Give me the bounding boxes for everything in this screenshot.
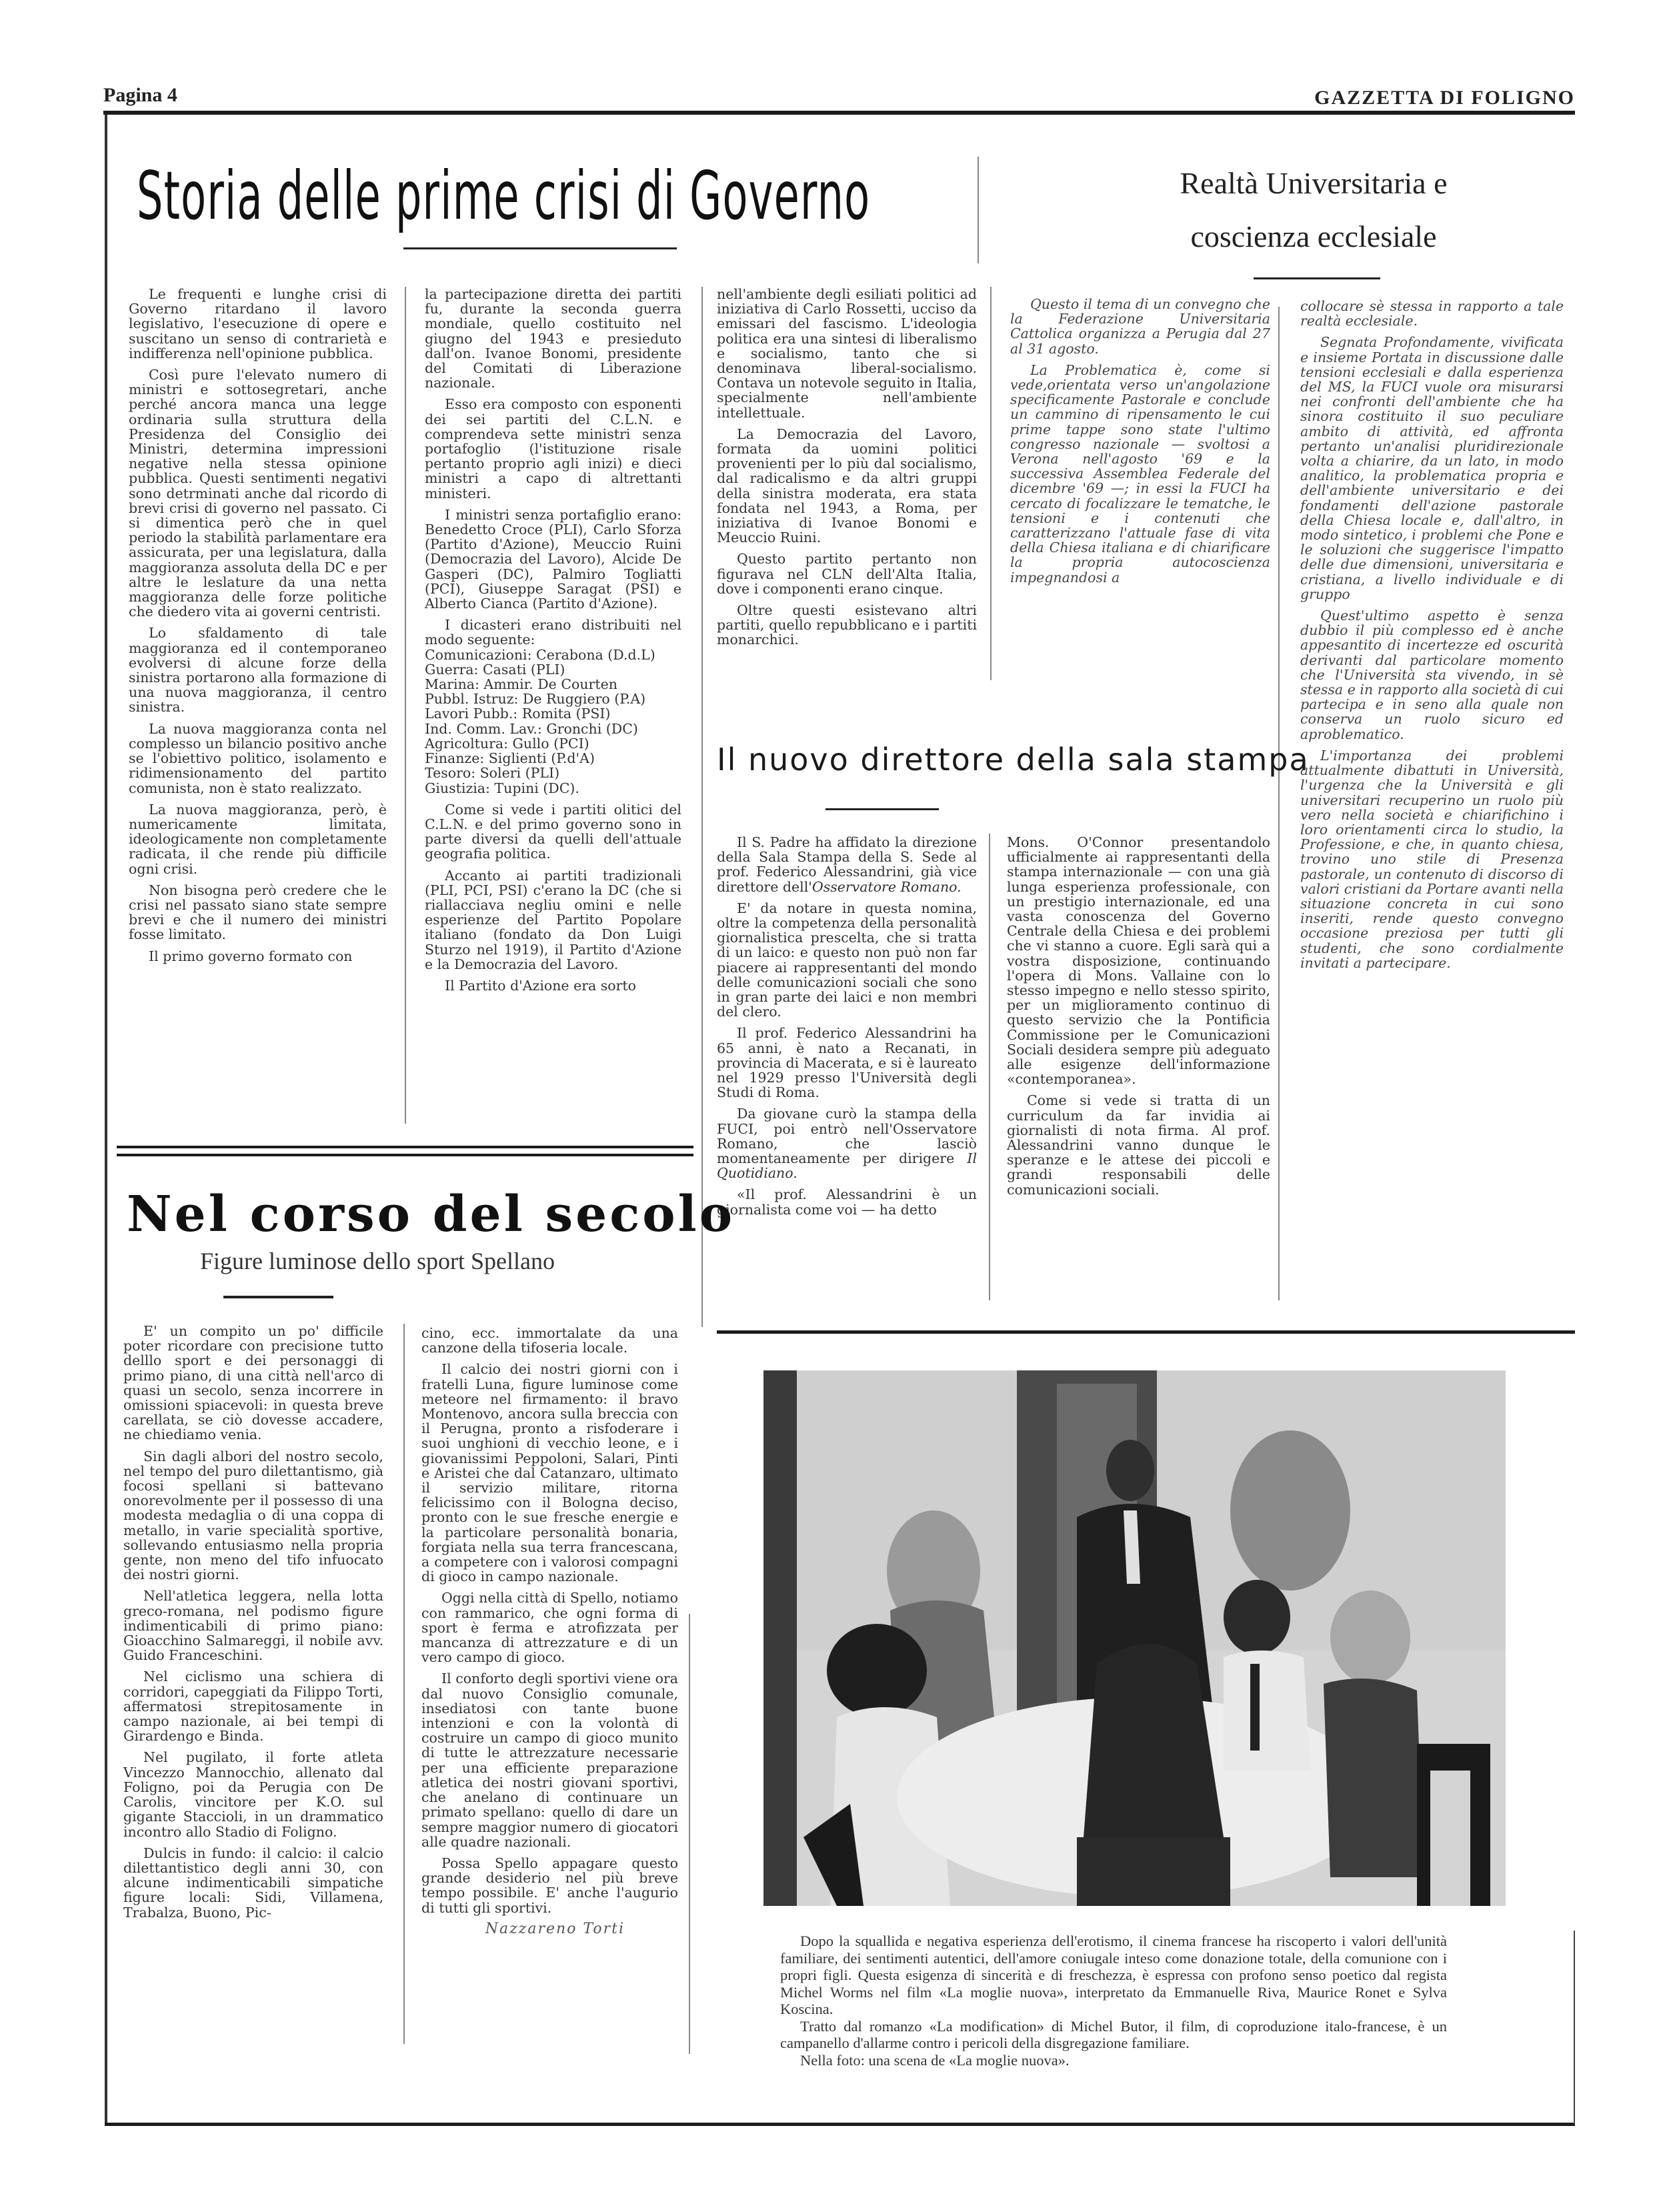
headline-line-2: coscienza ecclesiale [1094,210,1534,263]
ministry-line: Pubbl. Istruz: De Ruggiero (P.A) [425,692,681,706]
column-divider [403,1324,405,2044]
ministry-line: Agricoltura: Gullo (PCI) [425,736,681,751]
paragraph: Il calcio dei nostri giorni con i fratel… [421,1362,678,1584]
column-divider [1278,307,1280,1300]
caption-paragraph: Dopo la squallida e negativa esperienza … [780,1933,1447,2018]
paragraph: nell'ambiente degli esiliati politici ad… [717,287,977,420]
film-still-photo [763,1370,1506,1906]
column-divider [989,834,990,1300]
ministry-line: Finanze: Siglienti (P.d'A) [425,751,681,766]
paragraph: La Democrazia del Lavoro, formata da uom… [717,427,977,545]
paragraph: E' da notare in questa nomina, oltre la … [717,901,977,1020]
paragraph: I dicasteri erano distribuiti nel modo s… [425,618,681,647]
paragraph: Come si vede si tratta di un curriculum … [1007,1093,1270,1196]
paragraph: Nell'atletica leggera, nella lotta greco… [123,1588,383,1663]
left-frame-line [105,115,107,2125]
paragraph: Oggi nella città di Spello, notiamo con … [421,1590,678,1665]
page-number: Pagina 4 [103,84,177,107]
paragraph: cino, ecc. immortalate da una canzone de… [421,1326,678,1355]
right-frame-line [1574,1931,1575,2124]
subheadline-secolo: Figure luminose dello sport Spellano [200,1247,555,1275]
headline-realta: Realtà Universitaria e coscienza ecclesi… [1094,157,1534,263]
paragraph: collocare sè stessa in rapporto a tale r… [1300,299,1564,328]
storia-column-3: nell'ambiente degli esiliati politici ad… [717,287,977,654]
column-divider [701,287,703,1327]
paragraph: Non bisogna però credere che le crisi ne… [129,883,387,942]
paragraph: Nel pugilato, il forte atleta Vincezzo M… [123,1750,383,1839]
headline-underline [403,247,677,249]
paragraph: Oltre questi esistevano altri partiti, q… [717,603,977,648]
newspaper-name: GAZZETTA DI FOLIGNO [1314,87,1575,109]
byline: Nazzareno Torti [421,1922,678,1937]
paragraph: Il prof. Federico Alessandrini ha 65 ann… [717,1026,977,1100]
paragraph: Da giovane curò la stampa della FUCI, po… [717,1106,977,1180]
paragraph: Il S. Padre ha affidato la direzione del… [717,835,977,894]
headline-sala-stampa: Il nuovo direttore della sala stampa [717,742,1310,778]
paragraph: Nel ciclismo una schiera di corridori, c… [123,1669,383,1743]
paragraph: L'importanza dei problemi attualmente di… [1300,748,1564,970]
dinner-scene-image [763,1370,1506,1906]
realta-column-2: collocare sè stessa in rapporto a tale r… [1300,299,1564,977]
column-divider [990,287,992,680]
paragraph: Quest'ultimo aspetto è senza dubbio il p… [1300,608,1564,742]
ministry-line: Giustizia: Tupini (DC). [425,781,681,796]
paragraph: Sin dagli albori del nostro secolo, nel … [123,1449,383,1582]
text-run: Da giovane curò la stampa della FUCI, po… [717,1106,977,1166]
column-divider [689,1614,690,2054]
paragraph: Il Partito d'Azione era sorto [425,978,681,993]
paragraph: La nuova maggioranza, però, è numericame… [129,802,387,876]
paragraph: Questo il tema di un convegno che la Fed… [1010,297,1270,356]
publication-name: Osservatore Romano. [812,879,962,895]
paragraph: Esso era composto con esponenti dei sei … [425,397,681,500]
paragraph: E' un compito un po' difficile poter ric… [123,1324,383,1442]
paragraph: Possa Spello appagare questo grande desi… [421,1856,678,1915]
paragraph: La nuova maggioranza conta nel complesso… [129,722,387,796]
paragraph: Il conforto degli sportivi viene ora dal… [421,1671,678,1849]
headline-storia: Storia delle prime crisi di Governo [137,157,870,235]
section-rule [117,1146,693,1148]
realta-column-1: Questo il tema di un convegno che la Fed… [1010,297,1270,592]
paragraph: Dulcis in fundo: il calcio: il calcio di… [123,1846,383,1920]
ministry-line: Marina: Ammir. De Courten [425,677,681,692]
sala-stampa-column-2: Mons. O'Connor presentandolo ufficialmen… [1007,835,1270,1204]
ministry-line: Comunicazioni: Cerabona (D.d.L) [425,648,681,662]
paragraph: Mons. O'Connor presentandolo ufficialmen… [1007,835,1270,1086]
paragraph: Come si vede i partiti olitici del C.L.N… [425,802,681,862]
photo-caption: Dopo la squallida e negativa esperienza … [780,1933,1447,2069]
secolo-column-1: E' un compito un po' difficile poter ric… [123,1324,383,1927]
headline-line-1: Realtà Universitaria e [1094,157,1534,210]
column-divider [405,287,406,1124]
paragraph: La Problematica è, come si vede,orientat… [1010,363,1270,585]
storia-column-2: la partecipazione diretta dei partiti fu… [425,287,681,1000]
paragraph: Il primo governo formato con [129,949,387,964]
bottom-rule [105,2123,1575,2126]
paragraph: «Il prof. Alessandrini è un giornalista … [717,1187,977,1216]
paragraph: la partecipazione diretta dei partiti fu… [425,287,681,390]
ministry-line: Tesoro: Soleri (PLI) [425,766,681,780]
headline-underline [1254,277,1380,279]
masthead-rule [103,111,1575,115]
secolo-column-2: cino, ecc. immortalate da una canzone de… [421,1326,678,1937]
storia-column-1: Le frequenti e lunghe crisi di Governo r… [129,287,387,970]
paragraph: Questo partito pertanto non figurava nel… [717,551,977,596]
paragraph: Lo sfaldamento di tale maggioranza ed il… [129,626,387,714]
ministry-line: Ind. Comm. Lav.: Gronchi (DC) [425,722,681,736]
caption-paragraph: Tratto dal romanzo «La modification» di … [780,2018,1447,2052]
paragraph: Segnata Profondamente, vivificata e insi… [1300,335,1564,602]
paragraph: Le frequenti e lunghe crisi di Governo r… [129,287,387,361]
headline-secolo: Nel corso del secolo [127,1186,735,1243]
headline-underline [223,1296,333,1298]
section-rule [717,1330,1575,1334]
caption-paragraph: Nella foto: una scena de «La moglie nuov… [780,2052,1447,2069]
ministry-line: Guerra: Casati (PLI) [425,662,681,677]
ministry-line: Lavori Pubb.: Romita (PSI) [425,706,681,721]
headline-underline [825,808,939,810]
paragraph: Così pure l'elevato numero di ministri e… [129,367,387,619]
column-divider [978,157,979,263]
section-rule [117,1154,693,1156]
sala-stampa-column-1: Il S. Padre ha affidato la direzione del… [717,835,977,1224]
paragraph: I ministri senza portafiglio erano: Bene… [425,507,681,611]
paragraph: Accanto ai partiti tradizionali (PLI, PC… [425,868,681,972]
